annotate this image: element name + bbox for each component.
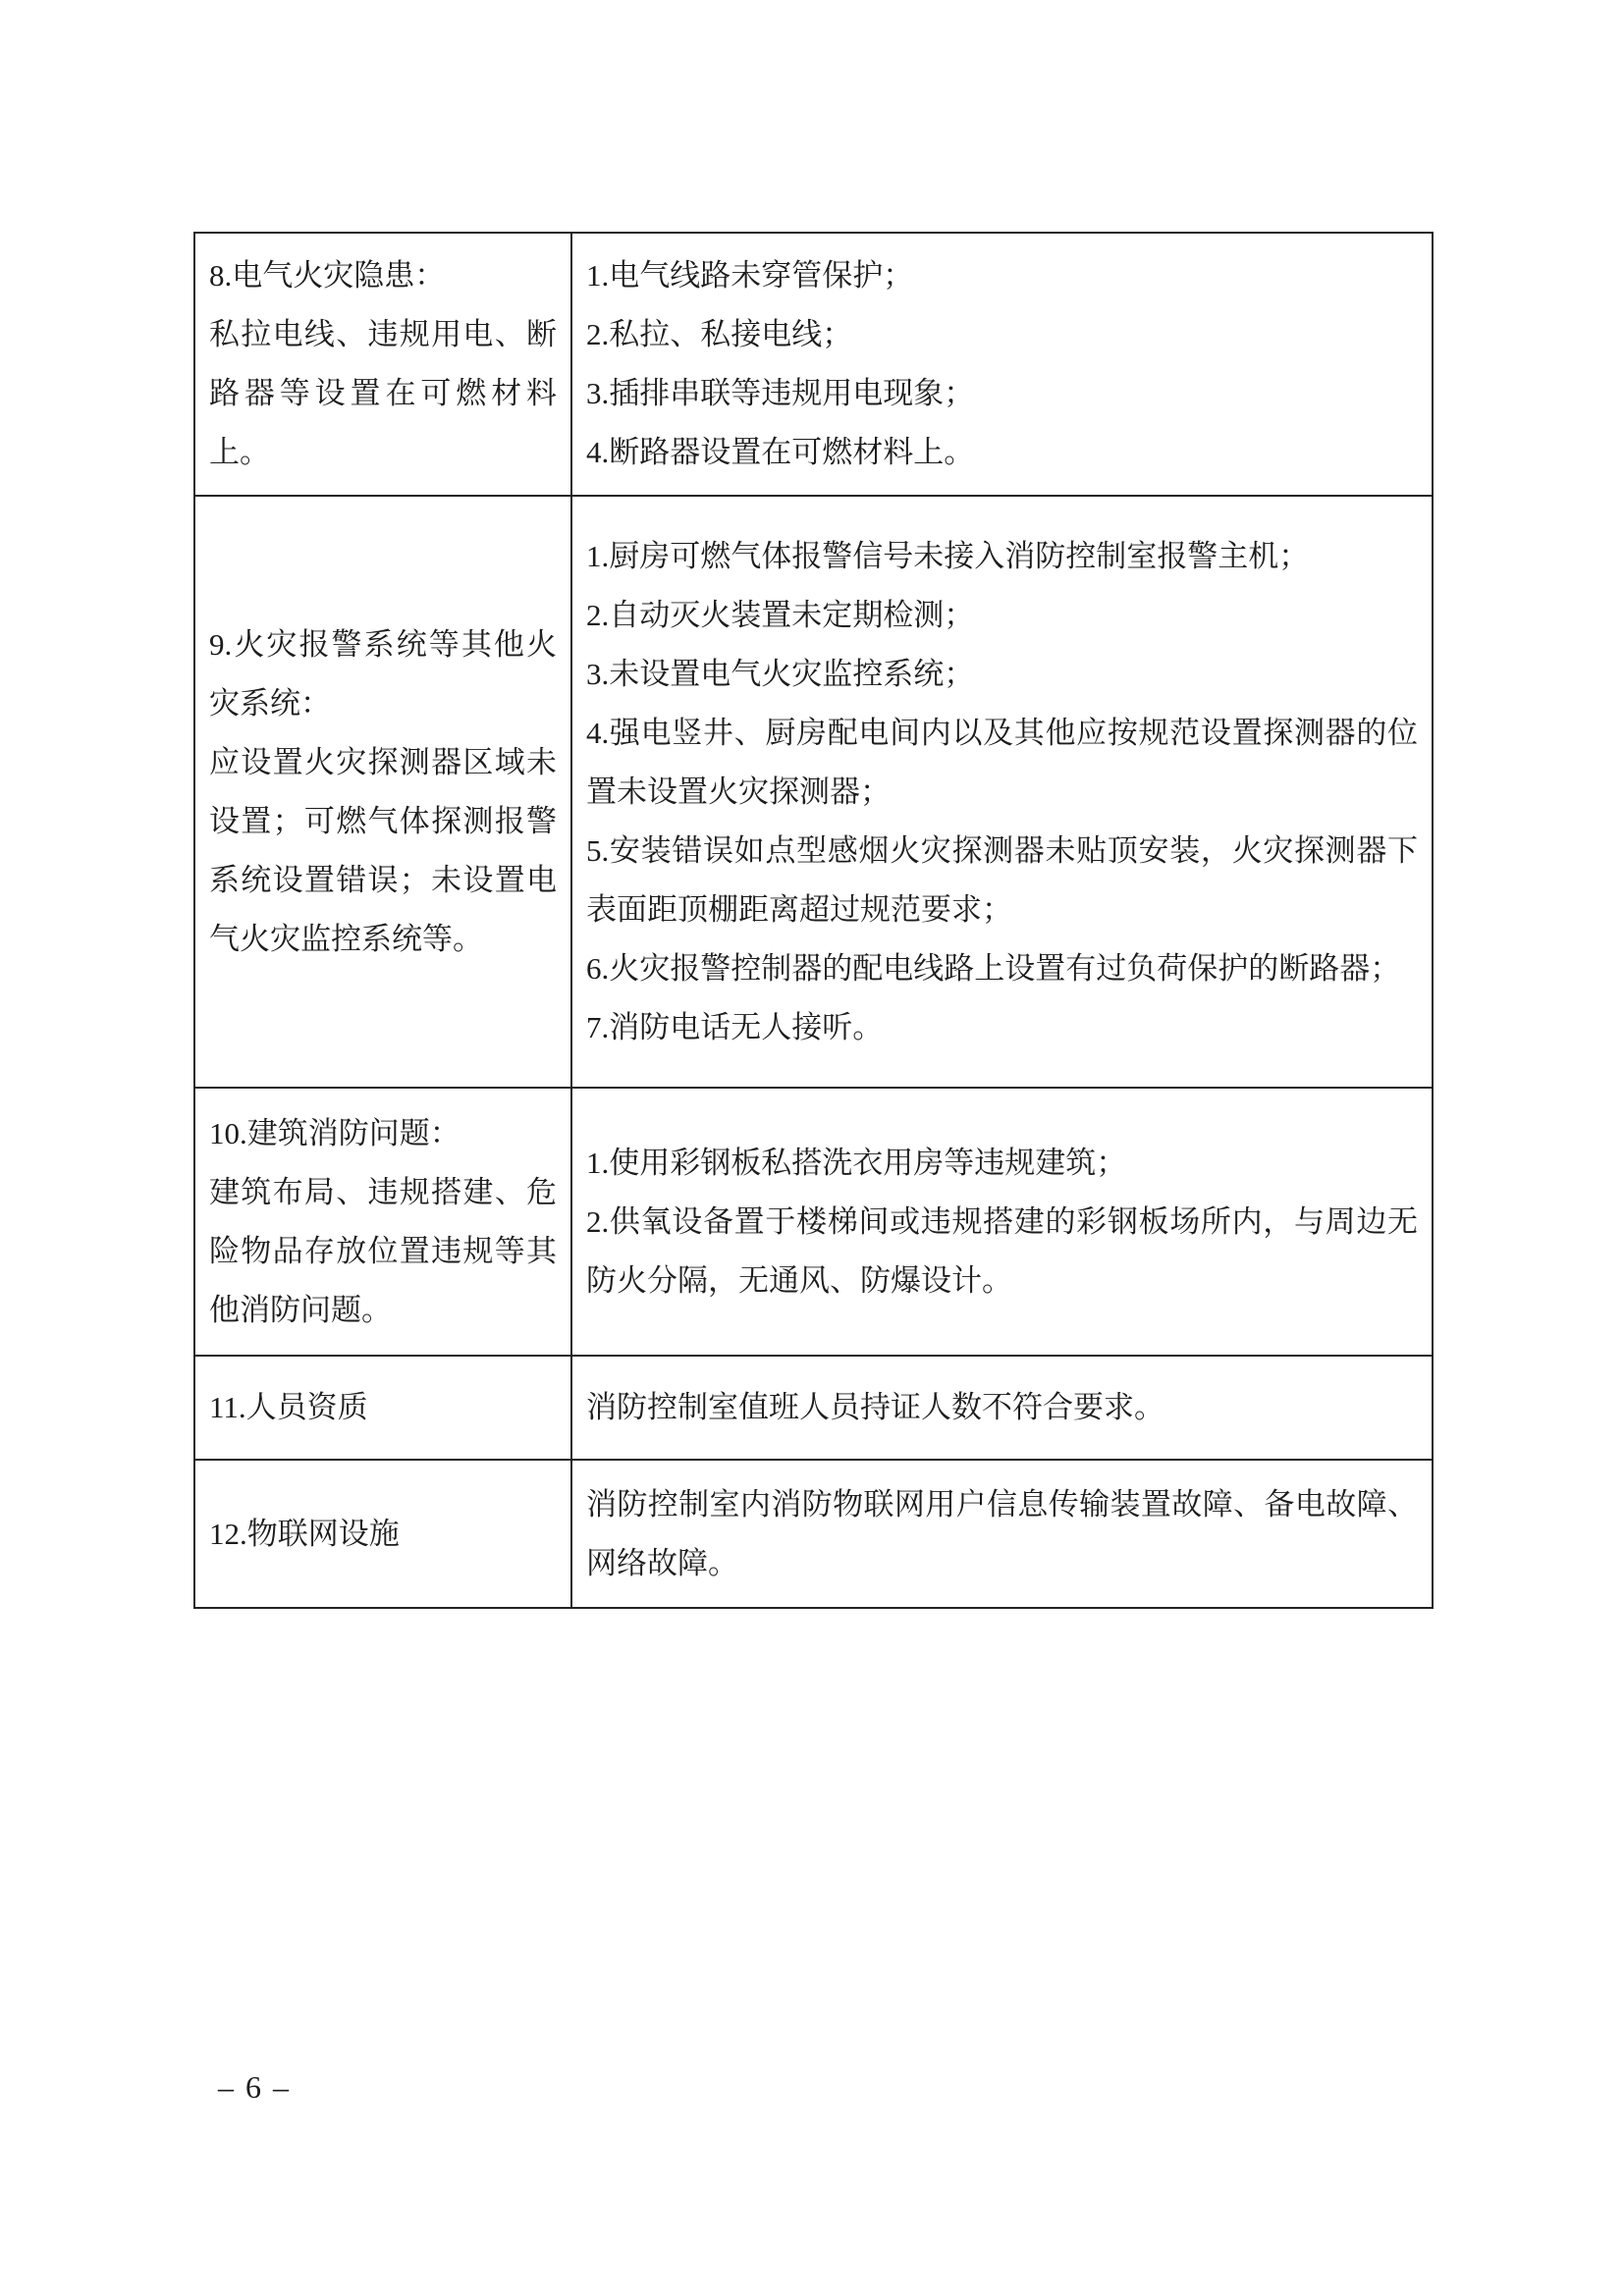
details-cell: 1.使用彩钢板私搭洗衣用房等违规建筑； 2.供氧设备置于楼梯间或违规搭建的彩钢板… (571, 1088, 1433, 1356)
table-row-9: 9.火灾报警系统等其他火灾系统： 应设置火灾探测器区域未设置；可燃气体探测报警系… (194, 496, 1433, 1088)
category-title: 12.物联网设施 (209, 1505, 557, 1564)
detail-item: 3.插排串联等违规用电现象； (586, 364, 1418, 423)
document-page: 8.电气火灾隐患： 私拉电线、违规用电、断路器等设置在可燃材料上。 1.电气线路… (0, 0, 1624, 2296)
details-cell: 1.厨房可燃气体报警信号未接入消防控制室报警主机； 2.自动灭火装置未定期检测；… (571, 496, 1433, 1088)
table-row-11: 11.人员资质 消防控制室值班人员持证人数不符合要求。 (194, 1356, 1433, 1460)
detail-item: 7.消防电话无人接听。 (586, 998, 1418, 1057)
category-description: 私拉电线、违规用电、断路器等设置在可燃材料上。 (209, 305, 557, 482)
category-description: 建筑布局、违规搭建、危险物品存放位置违规等其他消防问题。 (209, 1163, 557, 1340)
detail-item: 4.强电竖井、厨房配电间内以及其他应按规范设置探测器的位置未设置火灾探测器； (586, 704, 1418, 822)
detail-item: 3.未设置电气火灾监控系统； (586, 645, 1418, 704)
details-cell: 消防控制室值班人员持证人数不符合要求。 (571, 1356, 1433, 1460)
detail-item: 消防控制室内消防物联网用户信息传输装置故障、备电故障、网络故障。 (586, 1475, 1418, 1593)
detail-item: 1.厨房可燃气体报警信号未接入消防控制室报警主机； (586, 527, 1418, 586)
category-cell: 9.火灾报警系统等其他火灾系统： 应设置火灾探测器区域未设置；可燃气体探测报警系… (194, 496, 571, 1088)
table-row-10: 10.建筑消防问题： 建筑布局、违规搭建、危险物品存放位置违规等其他消防问题。 … (194, 1088, 1433, 1356)
detail-item: 2.供氧设备置于楼梯间或违规搭建的彩钢板场所内，与周边无防火分隔，无通风、防爆设… (586, 1193, 1418, 1310)
detail-item: 2.私拉、私接电线； (586, 305, 1418, 364)
table-row-8: 8.电气火灾隐患： 私拉电线、违规用电、断路器等设置在可燃材料上。 1.电气线路… (194, 233, 1433, 496)
category-description: 应设置火灾探测器区域未设置；可燃气体探测报警系统设置错误；未设置电气火灾监控系统… (209, 733, 557, 969)
category-cell: 10.建筑消防问题： 建筑布局、违规搭建、危险物品存放位置违规等其他消防问题。 (194, 1088, 571, 1356)
fire-hazard-table: 8.电气火灾隐患： 私拉电线、违规用电、断路器等设置在可燃材料上。 1.电气线路… (193, 232, 1434, 1609)
detail-item: 1.电气线路未穿管保护； (586, 246, 1418, 305)
detail-item: 1.使用彩钢板私搭洗衣用房等违规建筑； (586, 1134, 1418, 1193)
detail-item: 5.安装错误如点型感烟火灾探测器未贴顶安装，火灾探测器下表面距顶棚距离超过规范要… (586, 822, 1418, 939)
detail-item: 消防控制室值班人员持证人数不符合要求。 (586, 1378, 1418, 1437)
category-cell: 12.物联网设施 (194, 1460, 571, 1608)
page-number: – 6 – (218, 2067, 291, 2107)
detail-item: 4.断路器设置在可燃材料上。 (586, 423, 1418, 482)
table-row-12: 12.物联网设施 消防控制室内消防物联网用户信息传输装置故障、备电故障、网络故障… (194, 1460, 1433, 1608)
details-cell: 消防控制室内消防物联网用户信息传输装置故障、备电故障、网络故障。 (571, 1460, 1433, 1608)
detail-item: 6.火灾报警控制器的配电线路上设置有过负荷保护的断路器； (586, 939, 1418, 998)
category-cell: 11.人员资质 (194, 1356, 571, 1460)
details-cell: 1.电气线路未穿管保护； 2.私拉、私接电线； 3.插排串联等违规用电现象； 4… (571, 233, 1433, 496)
category-title: 8.电气火灾隐患： (209, 246, 557, 305)
category-title: 9.火灾报警系统等其他火灾系统： (209, 615, 557, 733)
detail-item: 2.自动灭火装置未定期检测； (586, 586, 1418, 645)
category-title: 11.人员资质 (209, 1378, 557, 1437)
category-title: 10.建筑消防问题： (209, 1104, 557, 1163)
category-cell: 8.电气火灾隐患： 私拉电线、违规用电、断路器等设置在可燃材料上。 (194, 233, 571, 496)
